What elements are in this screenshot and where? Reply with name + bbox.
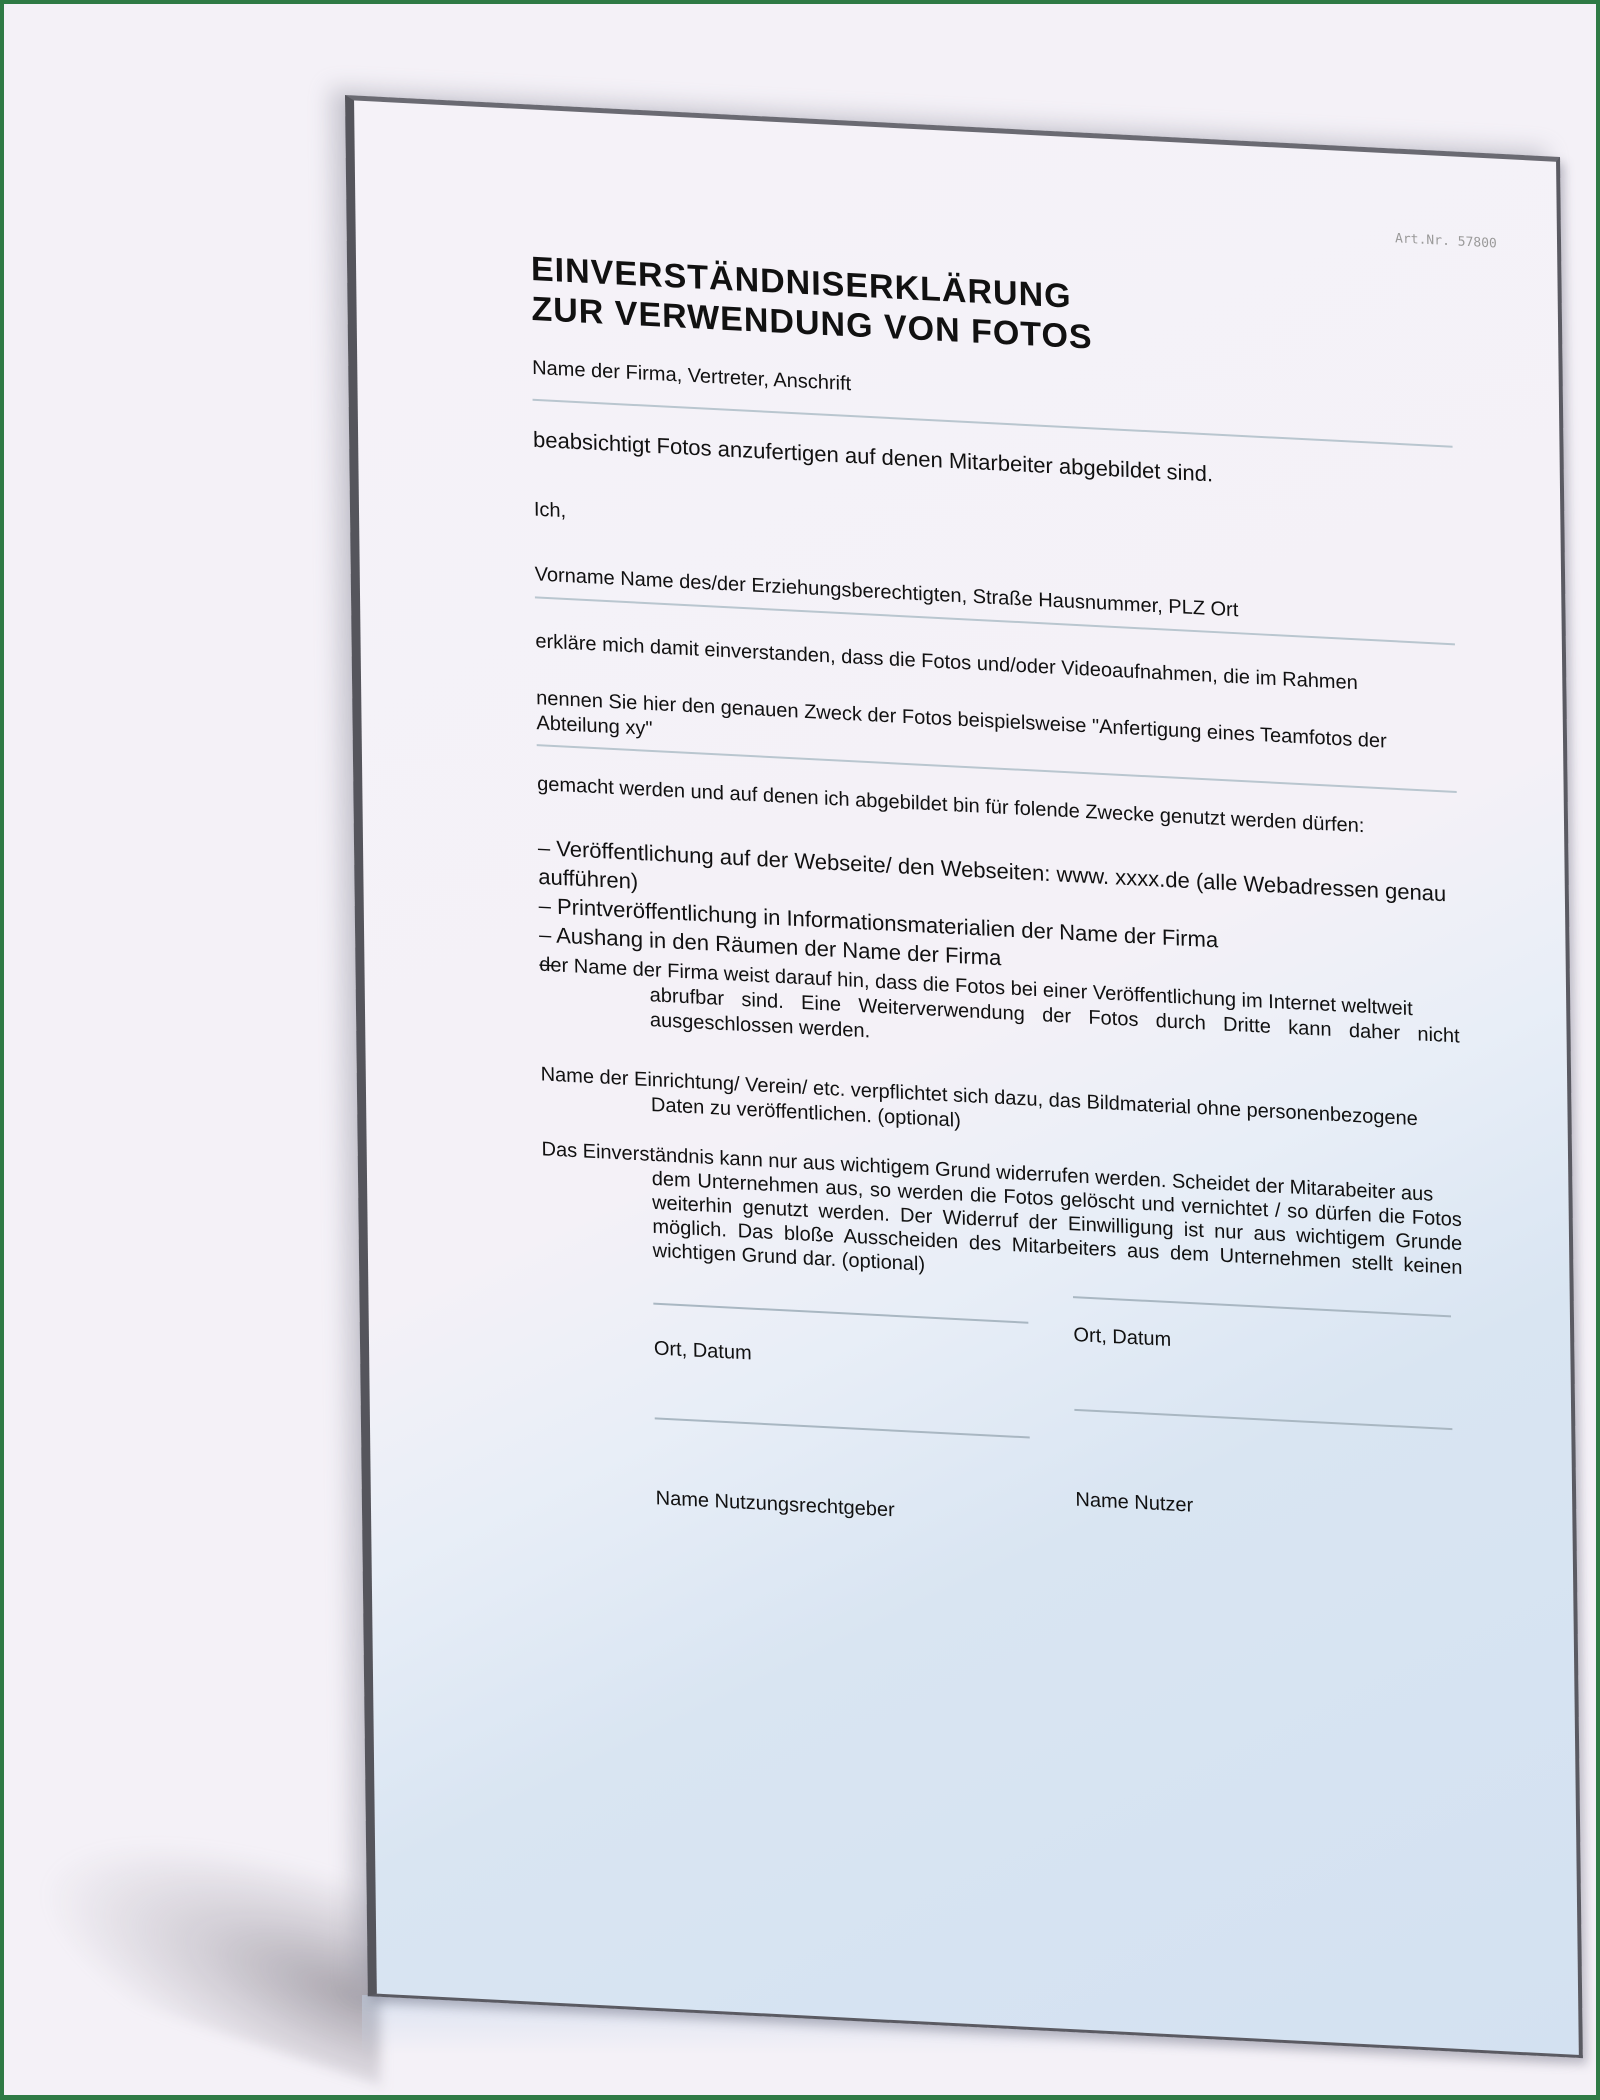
ich-text: Ich,	[534, 499, 567, 524]
left-name-line[interactable]	[655, 1417, 1030, 1438]
document-content: EINVERSTÄNDNISERKLÄRUNG ZUR VERWENDUNG V…	[529, 109, 1449, 156]
left-name-label: Name Nutzungsrechtgeber	[656, 1487, 895, 1522]
article-number: Art.Nr. 57800	[1395, 231, 1497, 251]
right-name-label: Name Nutzer	[1075, 1489, 1193, 1518]
page-floor-shadow	[40, 1775, 380, 2085]
intent-text: beabsichtigt Fotos anzufertigen auf dene…	[533, 427, 1213, 488]
consent-text: erkläre mich damit einverstanden, dass d…	[535, 630, 1358, 695]
right-name-line[interactable]	[1074, 1409, 1452, 1430]
right-place-date-label: Ort, Datum	[1073, 1324, 1171, 1352]
left-place-date-label: Ort, Datum	[654, 1338, 752, 1366]
document-page: Art.Nr. 57800 EINVERSTÄNDNISERKLÄRUNG ZU…	[345, 95, 1583, 2058]
left-place-date-line[interactable]	[653, 1303, 1028, 1324]
company-field-label: Name der Firma, Vertreter, Anschrift	[532, 357, 851, 396]
document-title: EINVERSTÄNDNISERKLÄRUNG ZUR VERWENDUNG V…	[531, 249, 1093, 357]
purposes-intro: gemacht werden und auf denen ich abgebil…	[537, 773, 1364, 838]
revocation-clause: Das Einverständnis kann nur aus wichtige…	[541, 1137, 1462, 1304]
